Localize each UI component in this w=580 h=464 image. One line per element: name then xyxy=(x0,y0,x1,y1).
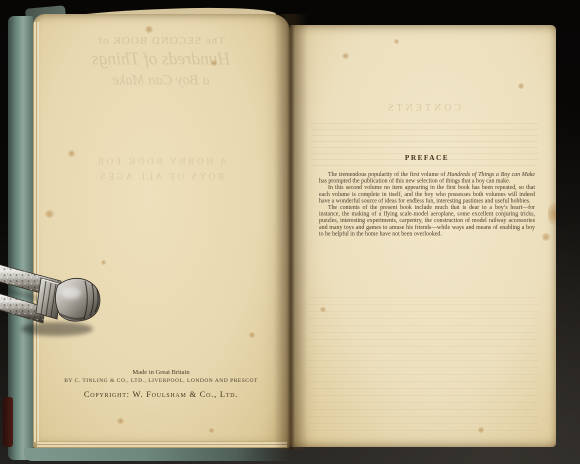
foxing-spot xyxy=(478,427,484,433)
ghost-subtitle-line: BOYS OF ALL AGES xyxy=(41,172,281,183)
show-through-title: The SECOND BOOK of Hundreds of Things a … xyxy=(41,26,281,183)
preface-paragraph-1: The tremendous popularity of the first v… xyxy=(319,171,535,184)
silver-bookmark-clip xyxy=(0,255,111,353)
show-through-contents-heading: CONTENTS xyxy=(290,103,556,114)
foxing-spot xyxy=(249,332,255,338)
foxing-spot xyxy=(209,428,214,433)
spine-sliver xyxy=(3,397,13,447)
preface-heading: PREFACE xyxy=(319,154,535,163)
ghost-title-line: Hundreds of Things xyxy=(41,49,281,69)
preface-paragraph-3: The contents of the present book include… xyxy=(319,204,535,237)
foxing-spot xyxy=(117,418,124,424)
imprint-made-in: Made in Great Britain xyxy=(41,368,281,376)
ghost-series-line: The SECOND BOOK of xyxy=(41,34,281,47)
imprint-printer: BY C. TINLING & CO., LTD., LIVERPOOL, LO… xyxy=(41,378,281,384)
ghost-subtitle-line: A HOBBY BOOK FOR xyxy=(41,157,281,168)
foxing-spot xyxy=(320,307,326,312)
ghost-title-line: a Boy Can Make xyxy=(41,72,281,89)
left-page: The SECOND BOOK of Hundreds of Things a … xyxy=(33,14,290,448)
foxing-stain xyxy=(548,203,556,225)
foxing-spot xyxy=(68,150,75,157)
foxing-spot xyxy=(518,83,524,89)
foxing-spot xyxy=(342,53,349,59)
copyright-line: Copyright: W. Foulsham & Co., Ltd. xyxy=(41,390,281,400)
preface-paragraph-2: In this second volume no item appearing … xyxy=(319,184,535,204)
foxing-spot xyxy=(394,39,399,44)
cover-edge-bottom xyxy=(24,448,290,461)
foxing-spot xyxy=(542,233,550,241)
cover-edge-left xyxy=(8,16,33,460)
bookmark-shadow xyxy=(21,322,93,336)
foxing-spot xyxy=(145,26,153,33)
book-photo-scene: The SECOND BOOK of Hundreds of Things a … xyxy=(0,0,580,464)
printer-imprint: Made in Great Britain BY C. TINLING & CO… xyxy=(41,352,281,400)
preface-text-block: PREFACE The tremendous popularity of the… xyxy=(319,154,535,237)
show-through-contents-list xyxy=(308,297,538,437)
right-page: CONTENTS PREFACE The tremendous populari… xyxy=(290,25,556,447)
foxing-spot xyxy=(211,60,217,66)
foxing-spot xyxy=(45,210,54,218)
